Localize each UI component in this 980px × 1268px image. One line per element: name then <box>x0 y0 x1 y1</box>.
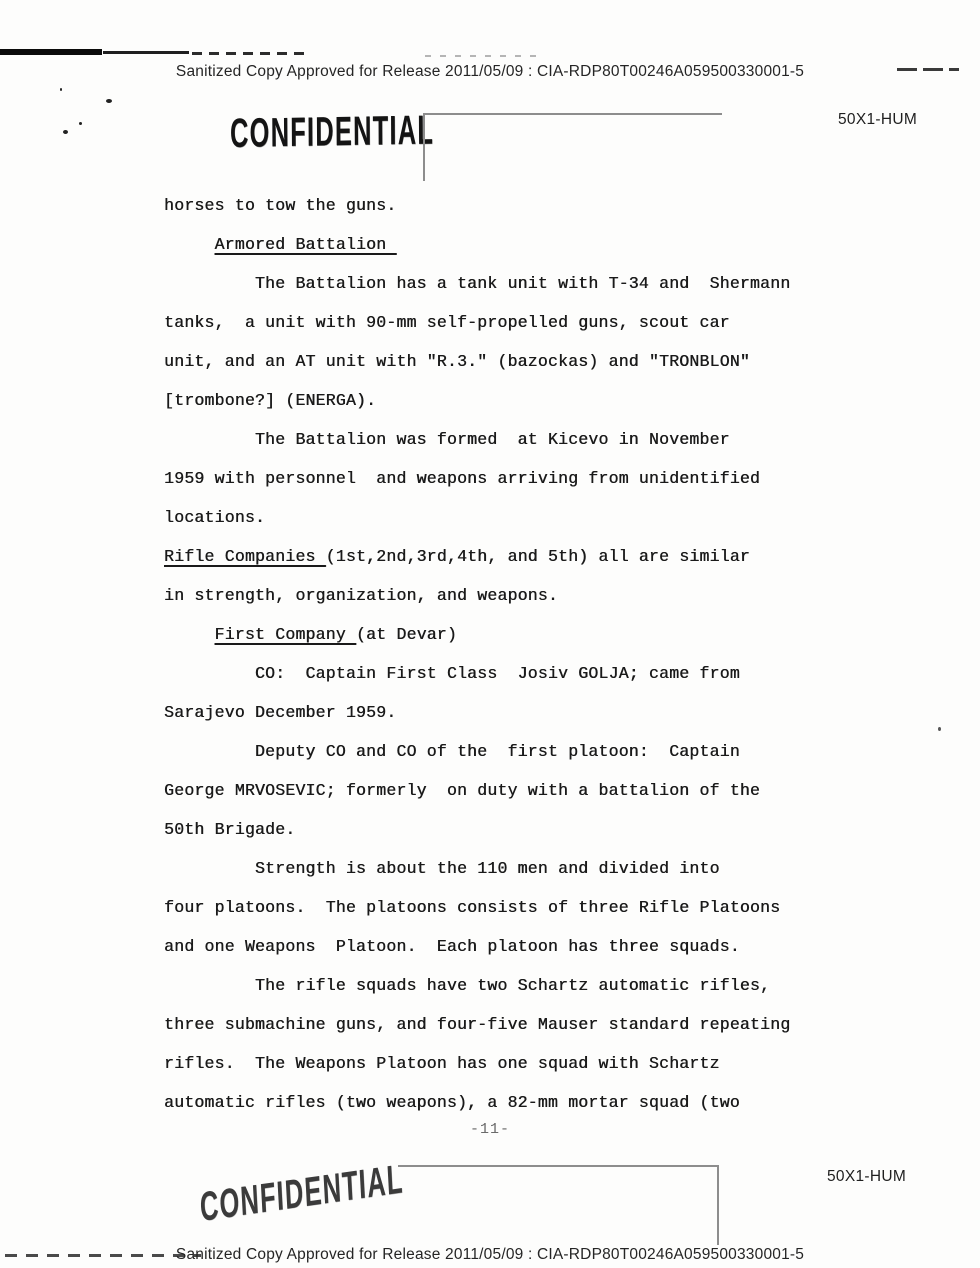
text-line: The Battalion was formed at Kicevo in No… <box>164 420 864 459</box>
sanitization-banner-bottom: Sanitized Copy Approved for Release 2011… <box>0 1246 980 1264</box>
text-line: 1959 with personnel and weapons arriving… <box>164 459 864 498</box>
text-line: three submachine guns, and four-five Mau… <box>164 1005 864 1044</box>
handling-code-top: 50X1-HUM <box>838 111 917 129</box>
scan-edge-faint-dashes <box>425 55 543 57</box>
ink-speck <box>106 99 112 103</box>
sanitization-banner-top: Sanitized Copy Approved for Release 2011… <box>0 63 980 81</box>
text-line: tanks, a unit with 90-mm self-propelled … <box>164 303 864 342</box>
redaction-box-bottom <box>398 1165 719 1245</box>
text-line: First Company (at Devar) <box>164 615 864 654</box>
document-body: horses to tow the guns. Armored Battalio… <box>164 186 864 1122</box>
text-line: in strength, organization, and weapons. <box>164 576 864 615</box>
text-line: Strength is about the 110 men and divide… <box>164 849 864 888</box>
text-line: locations. <box>164 498 864 537</box>
scanned-document-page: { "banner": { "top": "Sanitized Copy App… <box>0 0 980 1268</box>
ink-speck <box>938 727 941 731</box>
text-line: and one Weapons Platoon. Each platoon ha… <box>164 927 864 966</box>
text-line: unit, and an AT unit with "R.3." (bazock… <box>164 342 864 381</box>
text-line: George MRVOSEVIC; formerly on duty with … <box>164 771 864 810</box>
scan-edge-line <box>103 51 189 54</box>
redaction-box-top <box>423 113 722 181</box>
confidential-stamp-bottom: CONFIDENTIAL <box>199 1155 405 1231</box>
text-line: automatic rifles (two weapons), a 82-mm … <box>164 1083 864 1122</box>
text-line: rifles. The Weapons Platoon has one squa… <box>164 1044 864 1083</box>
ink-speck <box>60 88 62 91</box>
text-line: 50th Brigade. <box>164 810 864 849</box>
page-number: -11- <box>0 1121 980 1138</box>
handling-code-bottom: 50X1-HUM <box>827 1168 906 1186</box>
text-line: four platoons. The platoons consists of … <box>164 888 864 927</box>
scan-edge-dashes <box>192 52 310 55</box>
text-line: [trombone?] (ENERGA). <box>164 381 864 420</box>
text-line: Armored Battalion <box>164 225 864 264</box>
text-line: Deputy CO and CO of the first platoon: C… <box>164 732 864 771</box>
text-line: Sarajevo December 1959. <box>164 693 864 732</box>
text-line: horses to tow the guns. <box>164 186 864 225</box>
ink-speck <box>63 130 68 134</box>
text-line: The rifle squads have two Schartz automa… <box>164 966 864 1005</box>
text-line: CO: Captain First Class Josiv GOLJA; cam… <box>164 654 864 693</box>
confidential-stamp-top: CONFIDENTIAL <box>230 107 434 157</box>
text-line: Rifle Companies (1st,2nd,3rd,4th, and 5t… <box>164 537 864 576</box>
ink-speck <box>79 122 82 125</box>
scan-edge-line <box>0 49 102 55</box>
text-line: The Battalion has a tank unit with T-34 … <box>164 264 864 303</box>
